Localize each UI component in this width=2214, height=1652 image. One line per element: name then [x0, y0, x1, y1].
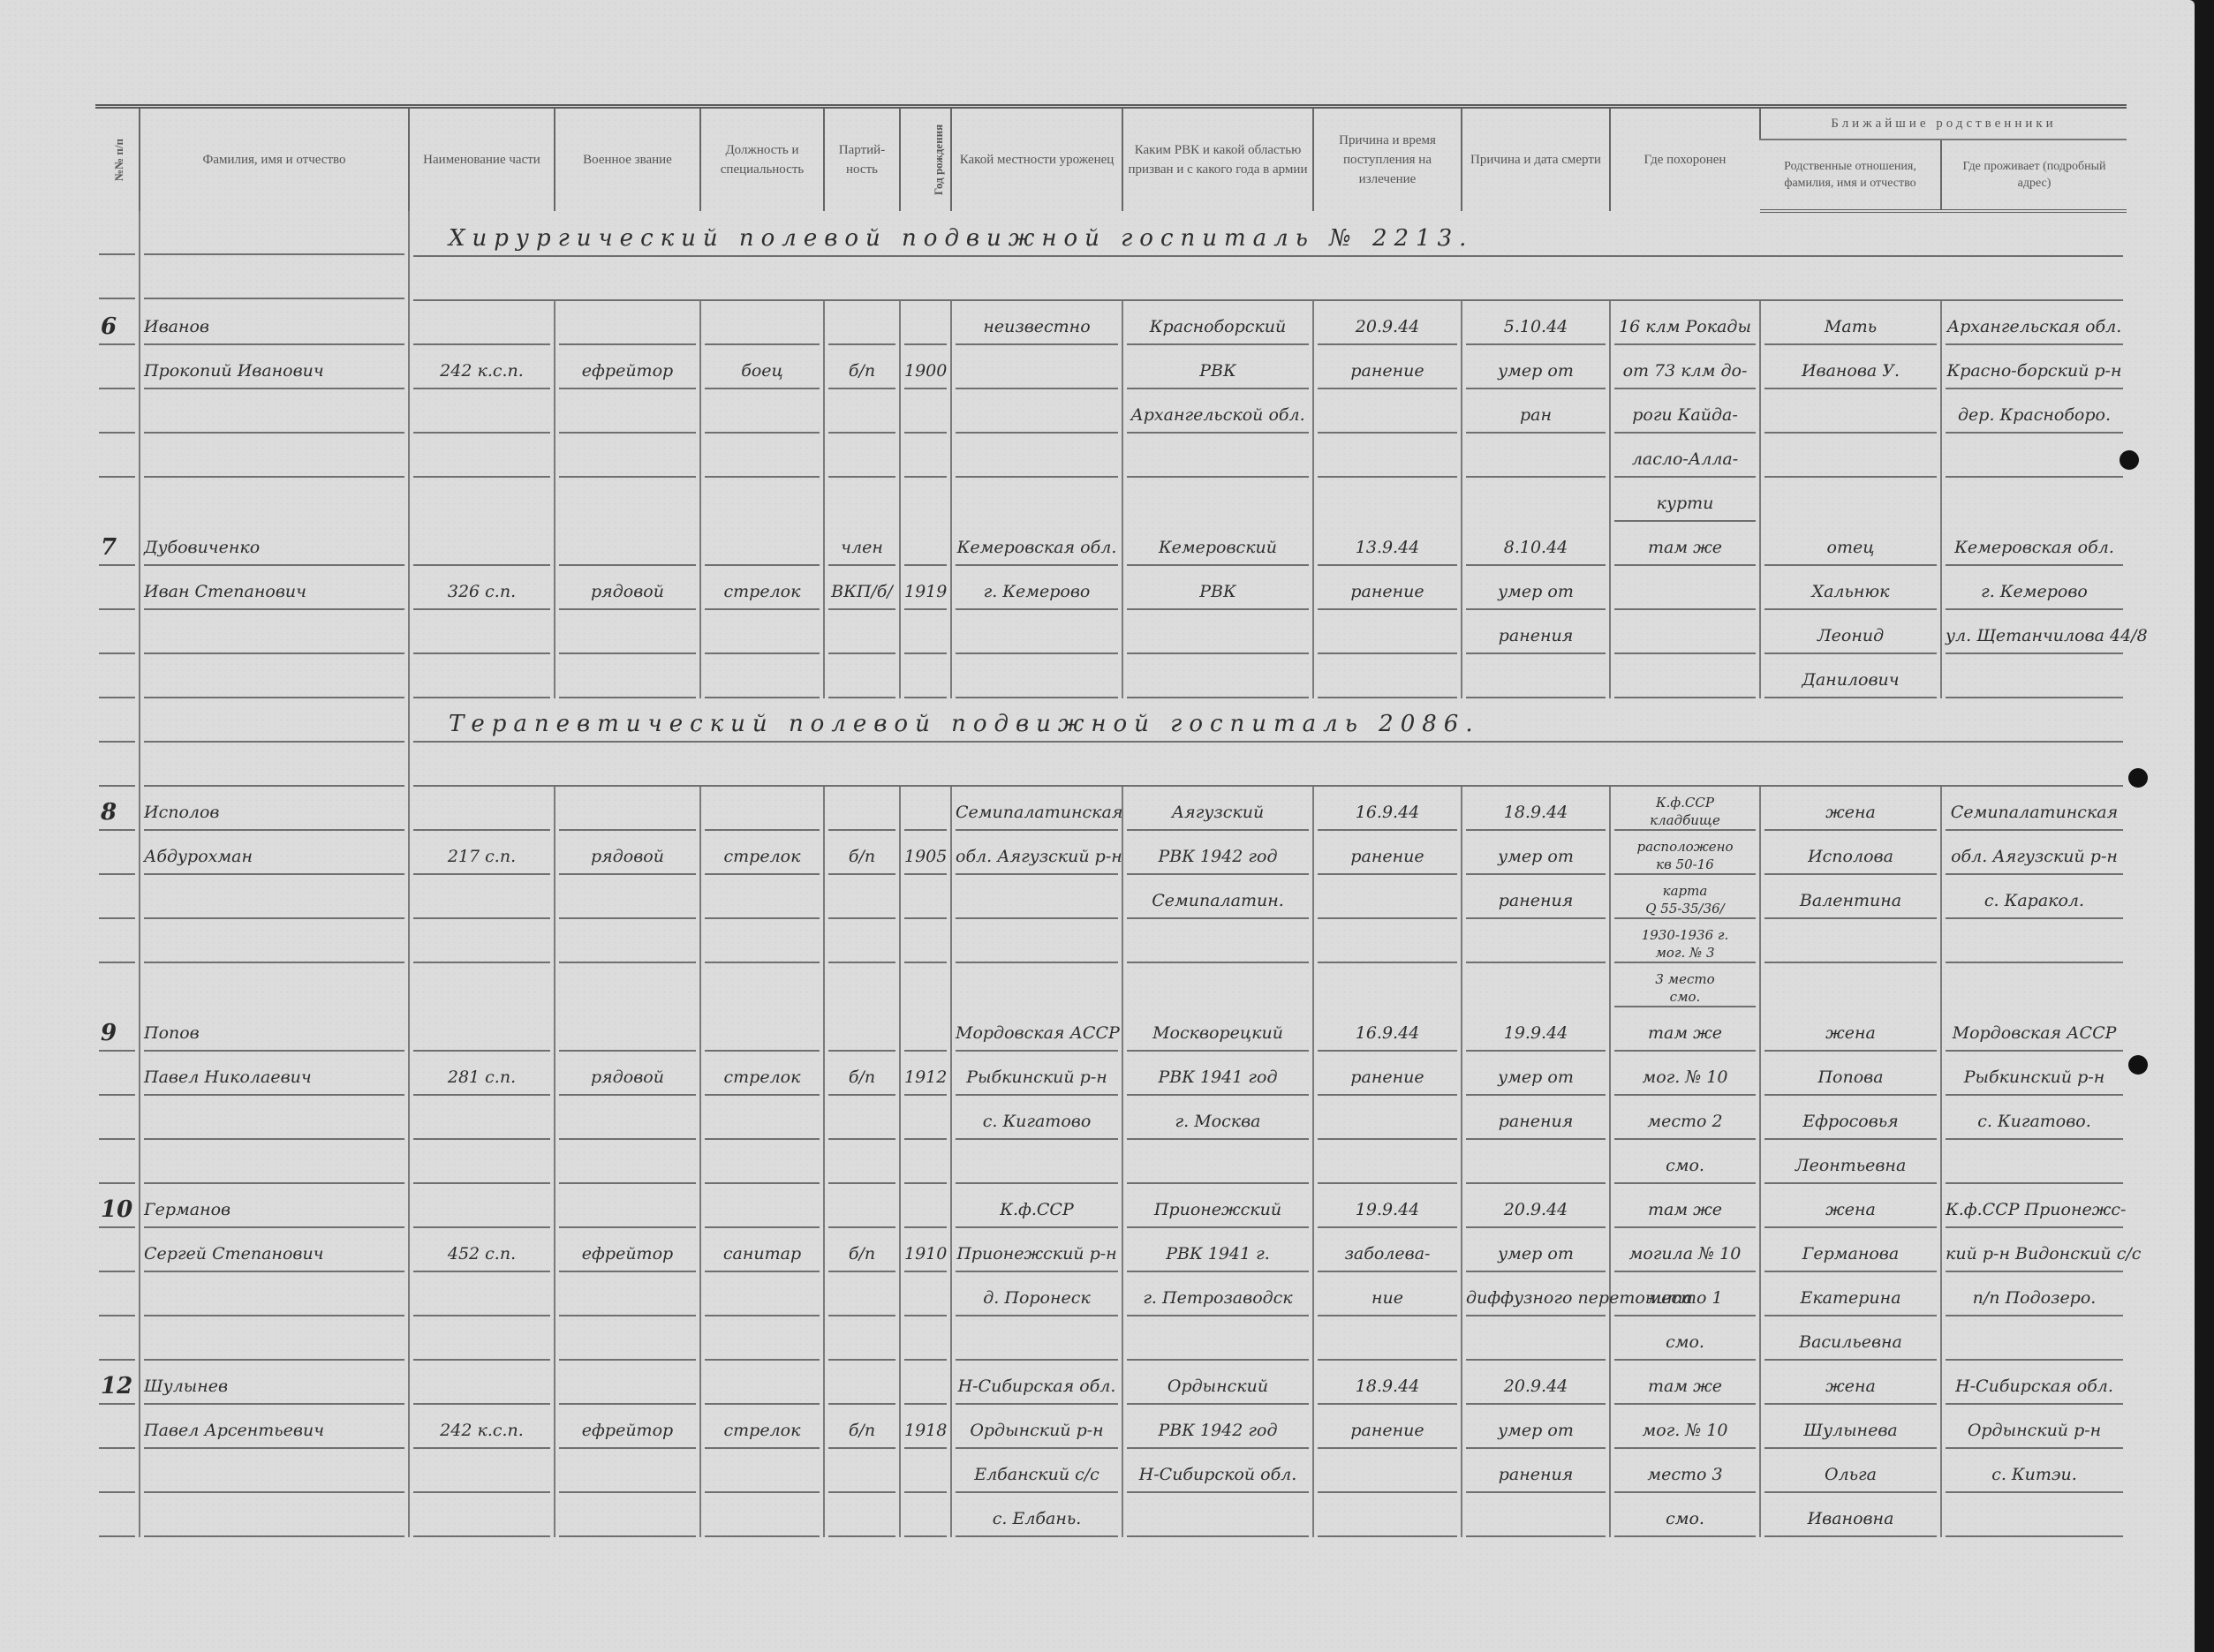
draft-text: Москворецкий: [1127, 1007, 1309, 1052]
cell-burial: там жемог. № 10место 3смо.: [1610, 1361, 1760, 1537]
cell-position: стрелок: [700, 522, 824, 698]
party-text: [828, 389, 895, 434]
birth-year-text: [904, 522, 947, 566]
burial-text: смо.: [1614, 1140, 1756, 1184]
cell-unit: 326 с.п.: [409, 522, 555, 698]
rank-text: [559, 787, 696, 831]
hospital-section-row: Хирургический полевой подвижной госпитал…: [95, 211, 2127, 301]
rank-text: [559, 1184, 696, 1228]
party-text: ВКП/б/: [828, 566, 895, 610]
relative-text: Шулынева: [1764, 1405, 1937, 1449]
ink-blot-mark: [2120, 450, 2139, 470]
burial-text: ласло-Алла-: [1614, 434, 1756, 478]
relative-text: Ольга: [1764, 1449, 1937, 1493]
draft-text: РВК 1942 год: [1127, 831, 1309, 875]
record-row: 9ПоповПавел Николаевич281 с.п.рядовойстр…: [95, 1007, 2127, 1184]
burial-text: смо.: [1614, 1493, 1756, 1537]
unit-text: [413, 1316, 550, 1361]
draft-text: [1127, 1140, 1309, 1184]
draft-text: [1127, 919, 1309, 963]
cell-burial: 16 клм Рокадыот 73 клм до-роги Кайда-лас…: [1610, 301, 1760, 522]
draft-text: РВК: [1127, 345, 1309, 389]
rank-text: [559, 1007, 696, 1052]
burial-text: расположено: [1614, 838, 1756, 856]
draft-text: РВК: [1127, 566, 1309, 610]
death-text: 5.10.44: [1466, 301, 1606, 345]
rank-text: ефрейтор: [559, 345, 696, 389]
rank-text: [559, 1272, 696, 1316]
origin-text: Кемеровская обл.: [956, 522, 1118, 566]
record-number: 8: [95, 787, 140, 1007]
header-birth-year: Год рождения: [900, 107, 951, 212]
party-text: б/п: [828, 831, 895, 875]
position-text: [705, 1449, 820, 1493]
record-row: 10ГермановСергей Степанович452 с.п.ефрей…: [95, 1184, 2127, 1361]
cell-admission: 16.9.44ранение: [1313, 1007, 1462, 1184]
unit-text: 242 к.с.п.: [413, 1405, 550, 1449]
birth-year-text: [904, 1316, 947, 1361]
death-text: [1466, 1493, 1606, 1537]
origin-text: [956, 1140, 1118, 1184]
rank-text: [559, 1316, 696, 1361]
party-text: [828, 919, 895, 963]
cell-birth-year: 1918: [900, 1361, 951, 1537]
party-text: [828, 610, 895, 654]
origin-text: д. Поронеск: [956, 1272, 1118, 1316]
cell-death: 19.9.44умер отранения: [1462, 1007, 1610, 1184]
unit-text: [413, 875, 550, 919]
rank-text: [559, 389, 696, 434]
cell-party: б/п: [824, 1007, 900, 1184]
admission-text: 20.9.44: [1318, 301, 1457, 345]
burial-text: там же: [1614, 522, 1756, 566]
cell-birth-year: 1900: [900, 301, 951, 522]
header-num: №№ п/п: [95, 107, 140, 212]
cell-birth-year: 1910: [900, 1184, 951, 1361]
burial-text-line: 1930-1936 г.мог. № 3: [1614, 919, 1756, 963]
cell-draft: МоскворецкийРВК 1941 годг. Москва: [1122, 1007, 1313, 1184]
cell-rank: рядовой: [555, 787, 700, 1007]
address-text: Рыбкинский р-н: [1946, 1052, 2123, 1096]
burial-text: кладбище: [1614, 811, 1756, 829]
header-admission: Причина и время поступления на излечение: [1313, 107, 1462, 212]
party-text: б/п: [828, 345, 895, 389]
birth-year-text: [904, 1007, 947, 1052]
position-text: [705, 1272, 820, 1316]
unit-text: [413, 1096, 550, 1140]
draft-text: г. Петрозаводск: [1127, 1272, 1309, 1316]
name-text: Дубовиченко: [144, 522, 404, 566]
party-text: [828, 1493, 895, 1537]
relative-text: Иванова У.: [1764, 345, 1937, 389]
position-text: стрелок: [705, 831, 820, 875]
party-text: [828, 787, 895, 831]
draft-text: Аягузский: [1127, 787, 1309, 831]
origin-text: Рыбкинский р-н: [956, 1052, 1118, 1096]
cell-position: стрелок: [700, 1007, 824, 1184]
rank-text: [559, 522, 696, 566]
draft-text: Красноборский: [1127, 301, 1309, 345]
cell-unit: 217 с.п.: [409, 787, 555, 1007]
cell-relative: женаИсполоваВалентина: [1760, 787, 1941, 1007]
header-relative: Родственные отношения, фамилия, имя и от…: [1760, 140, 1941, 211]
death-text: умер от: [1466, 1052, 1606, 1096]
birth-year-text: 1918: [904, 1405, 947, 1449]
draft-text: Семипалатин.: [1127, 875, 1309, 919]
admission-text: [1318, 919, 1457, 963]
party-text: [828, 1361, 895, 1405]
burial-text: мог. № 10: [1614, 1405, 1756, 1449]
record-number: 6: [95, 301, 140, 522]
birth-year-text: [904, 610, 947, 654]
party-text: б/п: [828, 1052, 895, 1096]
death-text: ранения: [1466, 610, 1606, 654]
rank-text: [559, 1361, 696, 1405]
burial-text: курти: [1614, 478, 1756, 522]
address-text: [1946, 1316, 2123, 1361]
relative-text: [1764, 389, 1937, 434]
death-text: [1466, 434, 1606, 478]
position-text: [705, 919, 820, 963]
record-number-text: 7: [99, 522, 135, 566]
relative-text: Леонтьевна: [1764, 1140, 1937, 1184]
death-text: 18.9.44: [1466, 787, 1606, 831]
name-text: [144, 875, 404, 919]
cell-relative: женаПоповаЕфросовьяЛеонтьевна: [1760, 1007, 1941, 1184]
origin-text: с. Елбань.: [956, 1493, 1118, 1537]
relative-text: Попова: [1764, 1052, 1937, 1096]
hospital-section-row: Терапевтический полевой подвижной госпит…: [95, 698, 2127, 787]
draft-text: [1127, 610, 1309, 654]
unit-text: 281 с.п.: [413, 1052, 550, 1096]
address-text: Кемеровская обл.: [1946, 522, 2123, 566]
unit-text: 217 с.п.: [413, 831, 550, 875]
birth-year-text: [904, 875, 947, 919]
record-number-text: 12: [99, 1361, 135, 1405]
header-draft: Каким РВК и какой областью призван и с к…: [1122, 107, 1313, 212]
unit-text: [413, 522, 550, 566]
relative-text: Васильевна: [1764, 1316, 1937, 1361]
cell-rank: ефрейтор: [555, 1361, 700, 1537]
birth-year-text: [904, 919, 947, 963]
rank-text: [559, 434, 696, 478]
cell-address: Архангельская обл.Красно-борский р-ндер.…: [1941, 301, 2127, 522]
origin-text: Н-Сибирская обл.: [956, 1361, 1118, 1405]
unit-text: [413, 1184, 550, 1228]
birth-year-text: [904, 1272, 947, 1316]
cell-name: ГермановСергей Степанович: [140, 1184, 409, 1361]
birth-year-text: [904, 301, 947, 345]
position-text: [705, 1184, 820, 1228]
record-row: 6ИвановПрокопий Иванович242 к.с.п.ефрейт…: [95, 301, 2127, 522]
relative-text: Германова: [1764, 1228, 1937, 1272]
cell-party: б/п: [824, 1361, 900, 1537]
cell-burial: там же: [1610, 522, 1760, 698]
cell: [140, 698, 409, 787]
unit-text: 242 к.с.п.: [413, 345, 550, 389]
cell-position: санитар: [700, 1184, 824, 1361]
origin-text: [956, 654, 1118, 698]
admission-text: [1318, 654, 1457, 698]
name-text: Шулынев: [144, 1361, 404, 1405]
header-burial: Где похоронен: [1610, 107, 1760, 212]
burial-text: роги Кайда-: [1614, 389, 1756, 434]
name-text: Попов: [144, 1007, 404, 1052]
origin-text: Семипалатинская: [956, 787, 1118, 831]
cell-birth-year: 1905: [900, 787, 951, 1007]
header-address: Где проживает (подробный адрес): [1941, 140, 2127, 211]
burial-text: могила № 10: [1614, 1228, 1756, 1272]
admission-text: [1318, 875, 1457, 919]
admission-text: [1318, 610, 1457, 654]
name-text: Иван Степанович: [144, 566, 404, 610]
admission-text: [1318, 1140, 1457, 1184]
position-text: [705, 1140, 820, 1184]
name-text: [144, 1096, 404, 1140]
origin-text: Прионежский р-н: [956, 1228, 1118, 1272]
record-row: 8ИсполовАбдурохман217 с.п.рядовойстрелок…: [95, 787, 2127, 1007]
origin-text: обл. Аягузский р-н: [956, 831, 1118, 875]
name-text: [144, 389, 404, 434]
relative-text: Валентина: [1764, 875, 1937, 919]
burial-text: там же: [1614, 1184, 1756, 1228]
rank-text: [559, 301, 696, 345]
name-text: [144, 1316, 404, 1361]
header-death: Причина и дата смерти: [1462, 107, 1610, 212]
cell-death: 20.9.44умер отдиффузного перетонита: [1462, 1184, 1610, 1361]
rank-text: [559, 1140, 696, 1184]
cell-party: членВКП/б/: [824, 522, 900, 698]
death-text: умер от: [1466, 345, 1606, 389]
name-text: [144, 1140, 404, 1184]
death-text: ранения: [1466, 1096, 1606, 1140]
cell: [95, 698, 140, 787]
unit-text: [413, 434, 550, 478]
position-text: [705, 1493, 820, 1537]
birth-year-text: [904, 1096, 947, 1140]
name-text: [144, 654, 404, 698]
admission-text: 19.9.44: [1318, 1184, 1457, 1228]
unit-text: [413, 654, 550, 698]
relative-text: жена: [1764, 787, 1937, 831]
ink-blot-mark: [2128, 1055, 2148, 1075]
relative-text: жена: [1764, 1184, 1937, 1228]
unit-text: [413, 1272, 550, 1316]
cell-birth-year: 1919: [900, 522, 951, 698]
cell-draft: ПрионежскийРВК 1941 г.г. Петрозаводск: [1122, 1184, 1313, 1361]
death-text: диффузного перетонита: [1466, 1272, 1606, 1316]
record-row: 7ДубовиченкоИван Степанович326 с.п.рядов…: [95, 522, 2127, 698]
rank-text: [559, 654, 696, 698]
rank-text: [559, 1449, 696, 1493]
header-name: Фамилия, имя и отчество: [140, 107, 409, 212]
birth-year-text: [904, 1184, 947, 1228]
cell-burial: там жемогила № 10место 1смо.: [1610, 1184, 1760, 1361]
cell-admission: 16.9.44ранение: [1313, 787, 1462, 1007]
casualty-ledger-table: №№ п/п Фамилия, имя и отчество Наименова…: [95, 104, 2127, 1537]
hospital-title: Хирургический полевой подвижной госпитал…: [409, 211, 2127, 301]
name-text: Павел Николаевич: [144, 1052, 404, 1096]
death-text: ранения: [1466, 1449, 1606, 1493]
address-text: с. Каракол.: [1946, 875, 2123, 919]
party-text: [828, 1096, 895, 1140]
ledger-body: Хирургический полевой подвижной госпитал…: [95, 211, 2127, 1537]
party-text: член: [828, 522, 895, 566]
burial-text: мог. № 3: [1614, 944, 1756, 962]
cell-unit: 242 к.с.п.: [409, 1361, 555, 1537]
admission-text: 18.9.44: [1318, 1361, 1457, 1405]
burial-text: Q 55-35/36/: [1614, 900, 1756, 917]
position-text: стрелок: [705, 566, 820, 610]
relative-text: Екатерина: [1764, 1272, 1937, 1316]
relative-text: Леонид: [1764, 610, 1937, 654]
burial-text-line: картаQ 55-35/36/: [1614, 875, 1756, 919]
relative-text: Исполова: [1764, 831, 1937, 875]
record-number: 7: [95, 522, 140, 698]
address-text: п/п Подозеро.: [1946, 1272, 2123, 1316]
name-text: Исполов: [144, 787, 404, 831]
record-number-text: 9: [99, 1007, 135, 1052]
origin-text: Елбанский с/с: [956, 1449, 1118, 1493]
cell: [140, 211, 409, 301]
burial-text: от 73 клм до-: [1614, 345, 1756, 389]
cell-burial: там жемог. № 10место 2смо.: [1610, 1007, 1760, 1184]
admission-text: ранение: [1318, 1052, 1457, 1096]
rank-text: рядовой: [559, 566, 696, 610]
birth-year-text: 1919: [904, 566, 947, 610]
record-number-text: 10: [99, 1184, 135, 1228]
cell-address: Мордовская АССРРыбкинский р-нс. Кигатово…: [1941, 1007, 2127, 1184]
draft-text: Прионежский: [1127, 1184, 1309, 1228]
party-text: [828, 1007, 895, 1052]
cell-name: ДубовиченкоИван Степанович: [140, 522, 409, 698]
origin-text: [956, 345, 1118, 389]
cell-name: ПоповПавел Николаевич: [140, 1007, 409, 1184]
relative-text: жена: [1764, 1361, 1937, 1405]
name-text: [144, 1272, 404, 1316]
cell-party: б/п: [824, 1184, 900, 1361]
admission-text: [1318, 434, 1457, 478]
address-text: [1946, 1140, 2123, 1184]
rank-text: ефрейтор: [559, 1228, 696, 1272]
burial-text-line: расположенокв 50-16: [1614, 831, 1756, 875]
header-rank: Военное звание: [555, 107, 700, 212]
death-text: ран: [1466, 389, 1606, 434]
death-text: [1466, 919, 1606, 963]
admission-text: [1318, 389, 1457, 434]
position-text: [705, 434, 820, 478]
record-number-text: 6: [99, 301, 135, 345]
unit-text: [413, 1140, 550, 1184]
cell-draft: АягузскийРВК 1942 годСемипалатин.: [1122, 787, 1313, 1007]
origin-text: с. Кигатово: [956, 1096, 1118, 1140]
burial-text: там же: [1614, 1361, 1756, 1405]
name-text: Прокопий Иванович: [144, 345, 404, 389]
draft-text: [1127, 1493, 1309, 1537]
position-text: [705, 522, 820, 566]
address-text: Семипалатинская: [1946, 787, 2123, 831]
position-text: санитар: [705, 1228, 820, 1272]
cell-party: б/п: [824, 787, 900, 1007]
name-text: Абдурохман: [144, 831, 404, 875]
unit-text: [413, 301, 550, 345]
unit-text: [413, 787, 550, 831]
party-text: [828, 654, 895, 698]
burial-text: кв 50-16: [1614, 856, 1756, 873]
admission-text: [1318, 1096, 1457, 1140]
birth-year-text: [904, 787, 947, 831]
birth-year-text: 1910: [904, 1228, 947, 1272]
admission-text: 16.9.44: [1318, 1007, 1457, 1052]
death-text: умер от: [1466, 1228, 1606, 1272]
burial-text: [1614, 566, 1756, 610]
unit-text: [413, 389, 550, 434]
ink-blot-mark: [2128, 768, 2148, 788]
cell-unit: 281 с.п.: [409, 1007, 555, 1184]
cell-relative: женаГермановаЕкатеринаВасильевна: [1760, 1184, 1941, 1361]
party-text: [828, 875, 895, 919]
address-text: с. Кигатово.: [1946, 1096, 2123, 1140]
burial-text-line: К.ф.ССРкладбище: [1614, 787, 1756, 831]
admission-text: ранение: [1318, 831, 1457, 875]
name-text: [144, 919, 404, 963]
cell-unit: 452 с.п.: [409, 1184, 555, 1361]
cell-draft: КрасноборскийРВКАрхангельской обл.: [1122, 301, 1313, 522]
relative-text: отец: [1764, 522, 1937, 566]
relative-text: Мать: [1764, 301, 1937, 345]
cell-address: Н-Сибирская обл.Ордынский р-нс. Китэи.: [1941, 1361, 2127, 1537]
address-text: с. Китэи.: [1946, 1449, 2123, 1493]
rank-text: [559, 610, 696, 654]
birth-year-text: [904, 1140, 947, 1184]
death-text: 19.9.44: [1466, 1007, 1606, 1052]
address-text: Н-Сибирская обл.: [1946, 1361, 2123, 1405]
birth-year-text: 1900: [904, 345, 947, 389]
cell-origin: Н-Сибирская обл.Ордынский р-нЕлбанский с…: [951, 1361, 1122, 1537]
admission-text: [1318, 1449, 1457, 1493]
party-text: [828, 1184, 895, 1228]
name-text: Сергей Степанович: [144, 1228, 404, 1272]
header-origin: Какой местности уроженец: [951, 107, 1122, 212]
origin-text: г. Кемерово: [956, 566, 1118, 610]
death-text: ранения: [1466, 875, 1606, 919]
death-text: [1466, 1316, 1606, 1361]
admission-text: 16.9.44: [1318, 787, 1457, 831]
draft-text: Ордынский: [1127, 1361, 1309, 1405]
birth-year-text: [904, 1361, 947, 1405]
origin-text: К.ф.ССР: [956, 1184, 1118, 1228]
burial-text: смо.: [1614, 1316, 1756, 1361]
draft-text: Архангельской обл.: [1127, 389, 1309, 434]
cell-admission: 19.9.44заболева-ние: [1313, 1184, 1462, 1361]
cell-origin: Семипалатинскаяобл. Аягузский р-н: [951, 787, 1122, 1007]
death-text: [1466, 654, 1606, 698]
death-text: [1466, 1140, 1606, 1184]
cell-rank: рядовой: [555, 522, 700, 698]
cell-relative: отецХальнюкЛеонидДанилович: [1760, 522, 1941, 698]
birth-year-text: 1905: [904, 831, 947, 875]
burial-text: место 3: [1614, 1449, 1756, 1493]
rank-text: [559, 1493, 696, 1537]
burial-text: место 2: [1614, 1096, 1756, 1140]
cell-position: стрелок: [700, 787, 824, 1007]
cell-relative: женаШулыневаОльгаИвановна: [1760, 1361, 1941, 1537]
scan-edge: [2195, 0, 2214, 1652]
relative-text: [1764, 919, 1937, 963]
cell-death: 8.10.44умер отранения: [1462, 522, 1610, 698]
record-row: 12ШулыневПавел Арсентьевич242 к.с.п.ефре…: [95, 1361, 2127, 1537]
draft-text: г. Москва: [1127, 1096, 1309, 1140]
